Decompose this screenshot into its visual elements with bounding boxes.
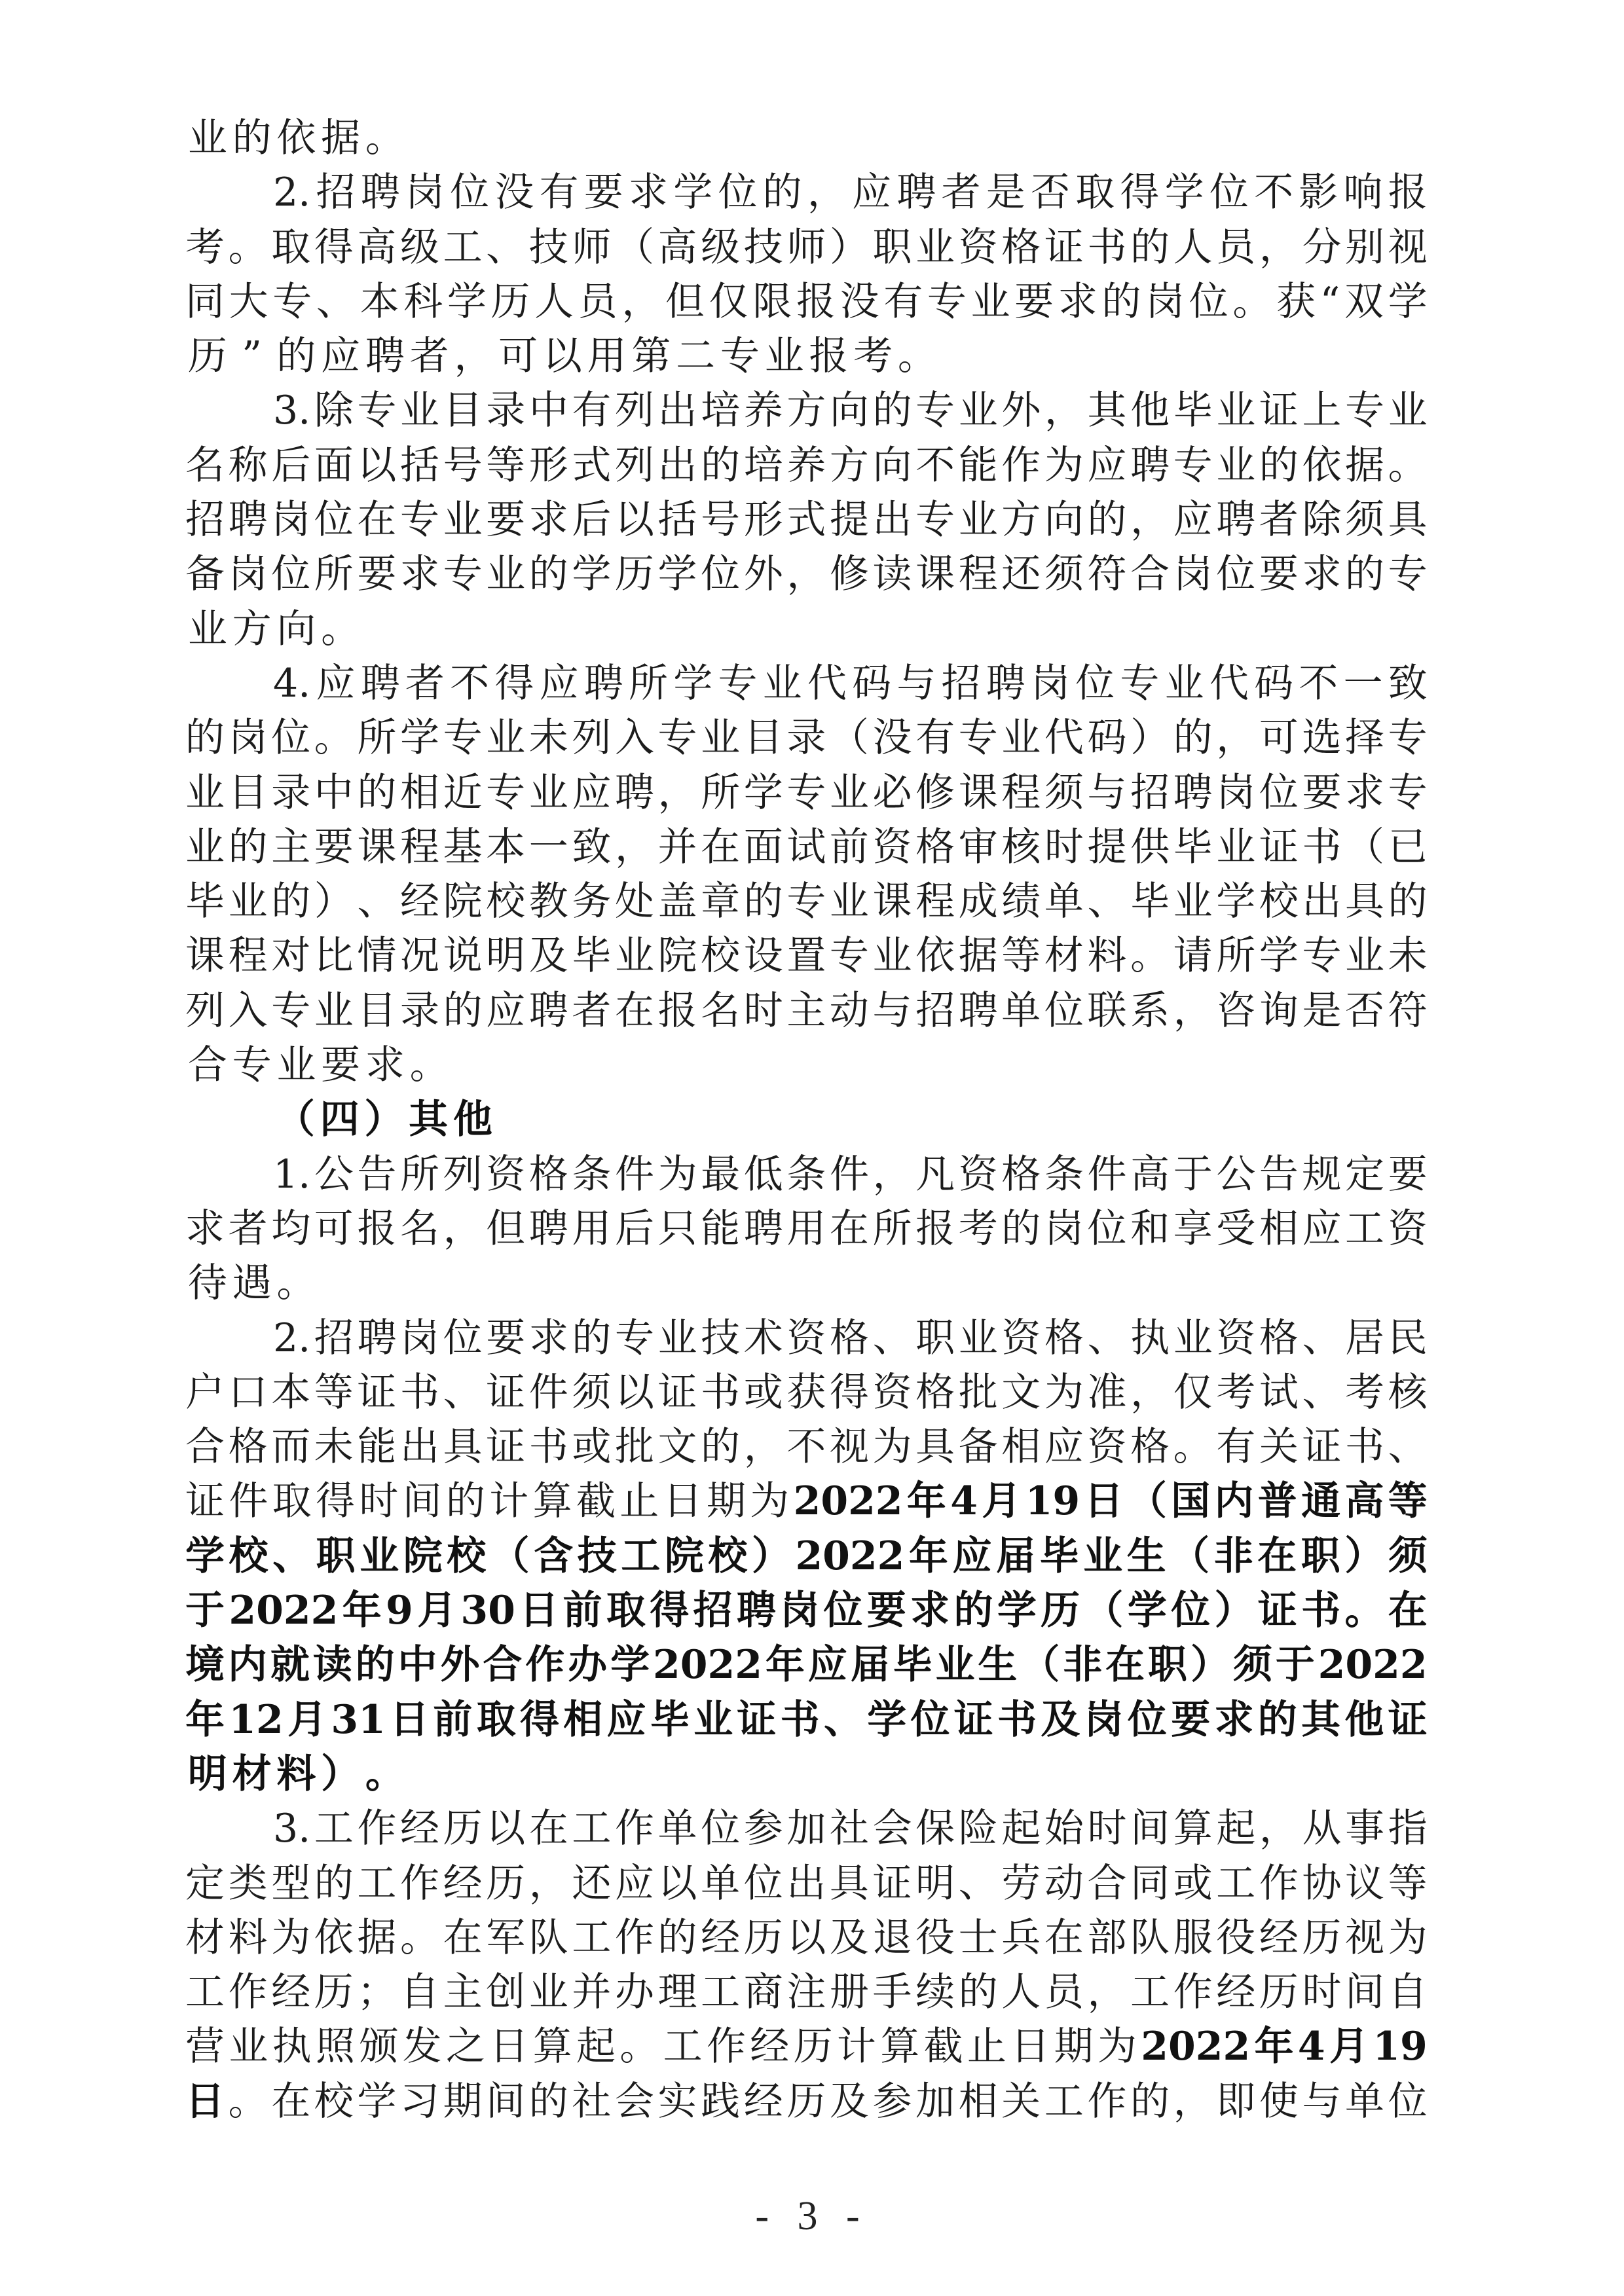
text-char: 致	[572, 820, 611, 875]
text-char: 校	[701, 929, 740, 983]
text-char: 所	[701, 766, 740, 820]
text-char: 从	[1302, 1802, 1342, 1856]
text-char: ，	[615, 820, 654, 875]
text-char: 位	[271, 711, 310, 765]
text-char: 考	[1345, 1366, 1384, 1420]
text-char: 。	[1130, 929, 1170, 983]
text-char: 毕	[185, 875, 225, 929]
text-char: 业	[1173, 1311, 1213, 1366]
text-char: 求	[400, 547, 439, 602]
text-char: 加	[915, 2075, 955, 2129]
text-char: 条	[786, 1148, 826, 1202]
text-char: 的	[230, 111, 274, 166]
text-char: 列	[443, 1148, 483, 1202]
text-char: 括	[658, 493, 697, 547]
text-char: 专	[1388, 711, 1428, 765]
text-line: 招聘岗位在专业要求后以括号形式提出专业方向的，应聘者除须具	[185, 493, 1428, 547]
text-char: 证	[1258, 1584, 1297, 1638]
text-char: 出	[873, 493, 912, 547]
text-char: 参	[744, 1802, 783, 1856]
text-char: 使	[1259, 2075, 1299, 2129]
text-char: 位	[1128, 1693, 1167, 1747]
text-char: 资	[486, 1148, 525, 1202]
text-char: 取	[272, 1474, 312, 1529]
text-char: 备	[185, 547, 225, 602]
text-char: 读	[873, 547, 912, 602]
text-char: 。	[1232, 275, 1272, 329]
text-char: 目	[744, 711, 783, 765]
text-char: 程	[959, 547, 998, 602]
text-char: 人	[1001, 1965, 1041, 2020]
text-char: 主	[443, 1965, 483, 2020]
text-char: 岗	[780, 1584, 819, 1638]
text-char: 主	[786, 984, 826, 1038]
text-char: 聘	[357, 1311, 396, 1366]
text-char: 前	[433, 1693, 472, 1747]
text-char: 经	[400, 875, 439, 929]
text-char: 校	[314, 2075, 354, 2129]
text-char: 。	[363, 1747, 407, 1802]
text-char: 2022	[1141, 2020, 1250, 2074]
text-char: 书	[1302, 820, 1341, 875]
text-char: 据	[959, 929, 998, 983]
text-char: 社	[572, 2075, 611, 2129]
text-char: 代	[1044, 711, 1084, 765]
text-char: 课	[873, 875, 912, 929]
text-line: 考。取得高级工、技师（高级技师）职业资格证书的人员，分别视	[185, 221, 1428, 275]
text-char: 资	[873, 1366, 912, 1420]
text-char: 学	[610, 1638, 650, 1692]
text-char: 队	[1130, 1911, 1170, 1965]
text-char: 聘	[737, 1584, 776, 1638]
text-char: 资	[1216, 1311, 1255, 1366]
text-char: 自	[1388, 1965, 1428, 2020]
text-char: 批	[615, 1420, 654, 1474]
text-char: 业	[658, 1311, 697, 1366]
text-char: 位	[1044, 984, 1084, 1038]
text-char: 2.	[273, 166, 310, 220]
text-char: 相	[1259, 1202, 1299, 1256]
text-char: 业	[915, 221, 955, 275]
text-char: 书	[400, 1366, 439, 1420]
text-char: 与	[896, 657, 936, 711]
text-char: 的	[658, 1911, 697, 1965]
text-line: 证件取得时间的计算截止日期为2022年4月19日（国内普通高等	[185, 1474, 1428, 1529]
text-char: 后	[271, 439, 310, 493]
text-char: 式	[786, 493, 826, 547]
text-char: 的	[1101, 275, 1141, 329]
text-char: 年	[1255, 2020, 1294, 2074]
text-char: 求	[185, 1202, 225, 1256]
text-char: 等	[486, 439, 525, 493]
text-char: 限	[752, 275, 792, 329]
text-char: 位	[1209, 166, 1249, 220]
text-char: 。	[274, 1256, 319, 1311]
text-char: 。	[229, 2075, 268, 2129]
text-char: 列	[615, 384, 654, 438]
text-char: 、	[959, 1857, 998, 1911]
text-char: 书	[997, 1693, 1037, 1747]
text-char: 章	[701, 875, 740, 929]
text-char: 业	[529, 766, 568, 820]
text-char: 要	[1171, 1693, 1210, 1747]
text-char: 事	[1345, 1802, 1384, 1856]
text-char: 校	[447, 1529, 486, 1584]
text-char: 聘	[361, 657, 400, 711]
text-char: 关	[1001, 2075, 1041, 2129]
text-line: 课程对比情况说明及毕业院校设置专业依据等材料。请所学专业未	[185, 929, 1428, 983]
text-char: 考	[185, 221, 225, 275]
text-char: 要	[867, 1584, 906, 1638]
text-char: 经	[750, 2020, 789, 2074]
text-char: 方	[1001, 493, 1041, 547]
text-char: 及	[830, 2075, 869, 2129]
text-char: 间	[1130, 1802, 1170, 1856]
text-char: 准	[1087, 1366, 1126, 1420]
text-char: 退	[873, 1911, 912, 1965]
text-char: 求	[1214, 1693, 1253, 1747]
document-page: 业的依据。2.招聘岗位没有要求学位的，应聘者是否取得学位不影响报考。取得高级工、…	[0, 0, 1624, 2296]
text-char: 的	[1173, 711, 1213, 765]
text-char: 能	[701, 1202, 740, 1256]
text-char: 工	[1345, 1202, 1384, 1256]
text-char: 出	[786, 1857, 826, 1911]
text-char: 位	[701, 547, 740, 602]
text-char: 否	[1031, 166, 1070, 220]
text-char: 外	[744, 547, 783, 602]
text-char: 、	[873, 1311, 912, 1366]
text-char: 向	[830, 384, 869, 438]
text-char: 截	[924, 2020, 963, 2074]
text-char: 一	[1344, 657, 1383, 711]
text-char: 月	[287, 1693, 327, 1747]
text-char: 注	[786, 1965, 826, 2020]
text-char: 时	[1044, 820, 1084, 875]
text-char: 年	[342, 1584, 382, 1638]
text-char: 2022	[794, 1474, 903, 1529]
text-char: 明	[915, 1857, 955, 1911]
text-char: 31	[331, 1693, 386, 1747]
text-char: 业	[693, 1693, 733, 1747]
text-char: 队	[529, 1911, 568, 1965]
text-line: 工作经历；自主创业并办理工商注册手续的人员，工作经历时间自	[185, 1965, 1428, 2020]
text-char: 技	[744, 221, 783, 275]
text-char: 在	[701, 820, 740, 875]
text-char: 等	[1388, 1474, 1428, 1529]
text-char: 相	[400, 766, 439, 820]
text-char: 、	[1302, 1366, 1341, 1420]
text-char: 非	[1063, 1638, 1102, 1692]
text-char: 的	[763, 166, 802, 220]
text-char: 四	[318, 1093, 362, 1147]
text-char: 专	[272, 275, 312, 329]
text-char: 课	[915, 547, 955, 602]
text-char: 国	[1171, 1474, 1210, 1529]
text-char: 的	[1388, 875, 1428, 929]
text-char: 的	[357, 766, 396, 820]
text-char: 或	[744, 1366, 783, 1420]
text-char: 码	[1254, 657, 1293, 711]
text-char: 符	[1388, 984, 1428, 1038]
text-char: 面	[314, 439, 354, 493]
text-char: 等	[314, 1366, 354, 1420]
text-char: 格	[830, 1311, 869, 1366]
text-char: 。	[229, 221, 268, 275]
text-char: 年	[185, 1693, 225, 1747]
text-char: 得	[650, 1584, 689, 1638]
text-char: 历	[1259, 1965, 1299, 2020]
text-char: 业	[763, 657, 802, 711]
text-char: 、	[824, 1693, 863, 1747]
text-char: 业	[314, 984, 354, 1038]
text-char: 招	[314, 1311, 354, 1366]
text-char: 方	[230, 602, 274, 657]
text-char: 须	[1345, 493, 1384, 547]
text-char: 告	[357, 1148, 396, 1202]
text-char: 相	[1001, 1420, 1041, 1474]
text-char: 之	[446, 2020, 485, 2074]
text-char: 岗	[1173, 547, 1213, 602]
text-char: 期	[707, 1474, 746, 1529]
text-char: 4	[950, 1474, 978, 1529]
text-line: 合专业要求。	[185, 1038, 1428, 1093]
text-char: 聘	[959, 984, 998, 1038]
text-char: 级	[400, 221, 439, 275]
text-char: 岗	[229, 547, 268, 602]
text-char: ，	[1130, 493, 1170, 547]
text-char: 列	[572, 711, 611, 765]
text-char: 程	[400, 820, 439, 875]
text-char: 生	[978, 1638, 1017, 1692]
text-char: 毕	[1173, 384, 1213, 438]
text-char: 材	[185, 1911, 225, 1965]
text-char: 、	[357, 875, 396, 929]
text-char: 资	[959, 1148, 998, 1202]
text-char: 课	[959, 766, 998, 820]
text-char: 所	[873, 1202, 912, 1256]
text-char: 毕	[572, 929, 611, 983]
text-char: 工	[443, 221, 483, 275]
text-char: 员	[1044, 1965, 1084, 2020]
text-char: 本	[486, 820, 525, 875]
text-char: 始	[1044, 1802, 1084, 1856]
text-line: 于2022年9月30日前取得招聘岗位要求的学历（学位）证书。在	[185, 1584, 1428, 1638]
text-char: 为	[658, 1148, 697, 1202]
text-char: 、	[1087, 875, 1126, 929]
text-char: 不	[1254, 166, 1293, 220]
text-char: 的	[744, 875, 783, 929]
text-char: 境	[185, 1638, 225, 1692]
text-char: 营	[185, 2020, 225, 2074]
text-char: 。	[407, 1038, 452, 1093]
text-char: ，	[443, 1202, 483, 1256]
text-char: ）	[1214, 1584, 1253, 1638]
text-char: 校	[229, 1529, 268, 1584]
text-char: 手	[873, 1965, 912, 2020]
text-char: 业	[185, 766, 225, 820]
text-char: 术	[744, 1311, 783, 1366]
text-char: 否	[1345, 984, 1384, 1038]
text-char: 务	[572, 875, 611, 929]
text-char: 单	[1345, 2075, 1384, 2129]
text-char: 高	[1130, 1148, 1170, 1202]
text-char: 格	[529, 1148, 568, 1202]
text-char: 据	[318, 111, 363, 166]
text-char: 者	[1259, 493, 1299, 547]
text-char: 情	[357, 929, 396, 983]
text-char: 专	[830, 929, 869, 983]
text-char: ，	[621, 275, 661, 329]
text-char: 相	[959, 2075, 998, 2129]
text-char: 专	[718, 657, 757, 711]
text-char: 形	[529, 439, 568, 493]
text-char: 未	[314, 1420, 354, 1474]
text-char: 执	[1130, 1311, 1170, 1366]
text-char: 必	[873, 766, 912, 820]
text-char: 作	[1087, 2075, 1126, 2129]
text-char: 止	[619, 1474, 659, 1529]
text-char: ，	[1259, 221, 1299, 275]
text-char: 盖	[658, 875, 697, 929]
text-char: 养	[786, 439, 826, 493]
text-char: 视	[1345, 1911, 1384, 1965]
text-line: 历”的应聘者，可以用第二专业报考。	[185, 329, 1428, 384]
text-char: ）	[1344, 1529, 1384, 1584]
text-char: 业	[229, 2020, 268, 2074]
text-char: 得	[520, 1693, 559, 1747]
text-char: 业	[529, 1965, 568, 2020]
text-char: 的	[529, 547, 568, 602]
text-char: ，	[1173, 984, 1213, 1038]
text-char: 的	[529, 2075, 568, 2129]
text-char: 创	[486, 1965, 525, 2020]
text-char: 的	[185, 711, 225, 765]
text-char: 起	[576, 2020, 616, 2074]
text-char: 中	[529, 384, 568, 438]
text-char: 并	[572, 1965, 611, 2020]
text-char: 工	[185, 1965, 225, 2020]
document-body: 业的依据。2.招聘岗位没有要求学位的，应聘者是否取得学位不影响报考。取得高级工、…	[185, 111, 1428, 2129]
text-char: ，	[529, 1857, 568, 1911]
text-char: 算	[533, 2020, 572, 2074]
text-char: 及	[830, 1911, 869, 1965]
text-char: ，	[807, 166, 847, 220]
text-char: 岗	[1031, 657, 1070, 711]
text-char: 为	[271, 1911, 310, 1965]
text-char: 证	[1259, 384, 1299, 438]
text-char: 、	[272, 1529, 312, 1584]
text-char: 明	[185, 1747, 230, 1802]
text-char: 3.	[273, 384, 310, 438]
text-char: 起	[1216, 1802, 1255, 1856]
page-number: - 3 -	[0, 2193, 1624, 2240]
text-char: 岗	[229, 711, 268, 765]
text-char: 提	[830, 493, 869, 547]
text-char: 专	[915, 384, 955, 438]
text-char: 位	[911, 1693, 950, 1747]
text-char: 军	[486, 1911, 525, 1965]
text-char: 实	[658, 2075, 697, 2129]
text-char: 审	[959, 820, 998, 875]
text-char: 动	[830, 984, 869, 1038]
text-char: 资	[1388, 1202, 1428, 1256]
text-line: 明材料）。	[185, 1747, 1428, 1802]
text-char: 专	[357, 384, 396, 438]
text-char: 作	[229, 1965, 268, 2020]
text-char: 作	[615, 1802, 654, 1856]
text-char: 并	[658, 820, 697, 875]
text-char: 的	[1259, 439, 1299, 493]
text-char: 位	[718, 166, 757, 220]
text-char: 合	[185, 1038, 230, 1093]
text-line: 业的主要课程基本一致，并在面试前资格审核时提供毕业证书（已	[185, 820, 1428, 875]
text-char: 高	[1344, 1474, 1384, 1529]
text-char: 不	[786, 1420, 826, 1474]
text-char: 业	[185, 602, 230, 657]
text-char: 专	[786, 766, 826, 820]
text-char: 等	[1001, 929, 1041, 983]
text-char: 以	[357, 439, 396, 493]
text-char: 上	[1302, 384, 1342, 438]
text-char: 技	[701, 1311, 740, 1366]
text-char: 在	[529, 1802, 568, 1856]
text-char: 仅	[709, 275, 748, 329]
text-char: 聘	[744, 1202, 783, 1256]
text-char: 近	[443, 766, 483, 820]
text-line: 合格而未能出具证书或批文的，不视为具备相应资格。有关证书、	[185, 1420, 1428, 1474]
text-char: 年	[909, 1529, 948, 1584]
text-char: 4.	[273, 657, 310, 711]
text-char: 在	[443, 1911, 483, 1965]
text-char: 计	[489, 1474, 528, 1529]
text-char: 批	[959, 1366, 998, 1420]
text-char: 人	[1173, 221, 1213, 275]
text-char: 2022	[1318, 1638, 1428, 1692]
text-char: 的	[1258, 1693, 1297, 1747]
text-char: 格	[1259, 1311, 1299, 1366]
text-char: 要	[486, 1311, 525, 1366]
text-char: 内	[1214, 1474, 1253, 1529]
text-char: 报	[357, 1202, 396, 1256]
text-char: 考	[851, 329, 895, 384]
text-char: 理	[658, 1965, 697, 2020]
text-char: 院	[443, 875, 483, 929]
text-char: 间	[403, 1474, 442, 1529]
text-char: 没	[840, 275, 879, 329]
section-heading: （四）其他	[185, 1093, 1428, 1147]
text-char: 工	[1130, 1965, 1170, 2020]
text-char: 。	[363, 111, 407, 166]
text-char: 一	[529, 820, 568, 875]
text-char: 专	[486, 766, 525, 820]
text-char: 在	[357, 493, 396, 547]
text-char: 会	[615, 2075, 654, 2129]
text-char: 日	[1084, 1474, 1123, 1529]
text-char: 获	[786, 1366, 826, 1420]
text-char: 在	[1105, 1638, 1145, 1692]
text-char: 等	[1388, 1857, 1428, 1911]
text-char: 学	[1216, 875, 1255, 929]
text-char: 于	[185, 1584, 225, 1638]
text-char: 届	[851, 1638, 890, 1692]
text-char: 格	[915, 1366, 955, 1420]
text-char: 证	[486, 1366, 525, 1420]
text-char: 者	[407, 329, 452, 384]
text-char: 能	[959, 439, 998, 493]
text-char: 届	[996, 1529, 1035, 1584]
text-char: 作	[615, 1911, 654, 1965]
text-char: 科	[403, 275, 443, 329]
